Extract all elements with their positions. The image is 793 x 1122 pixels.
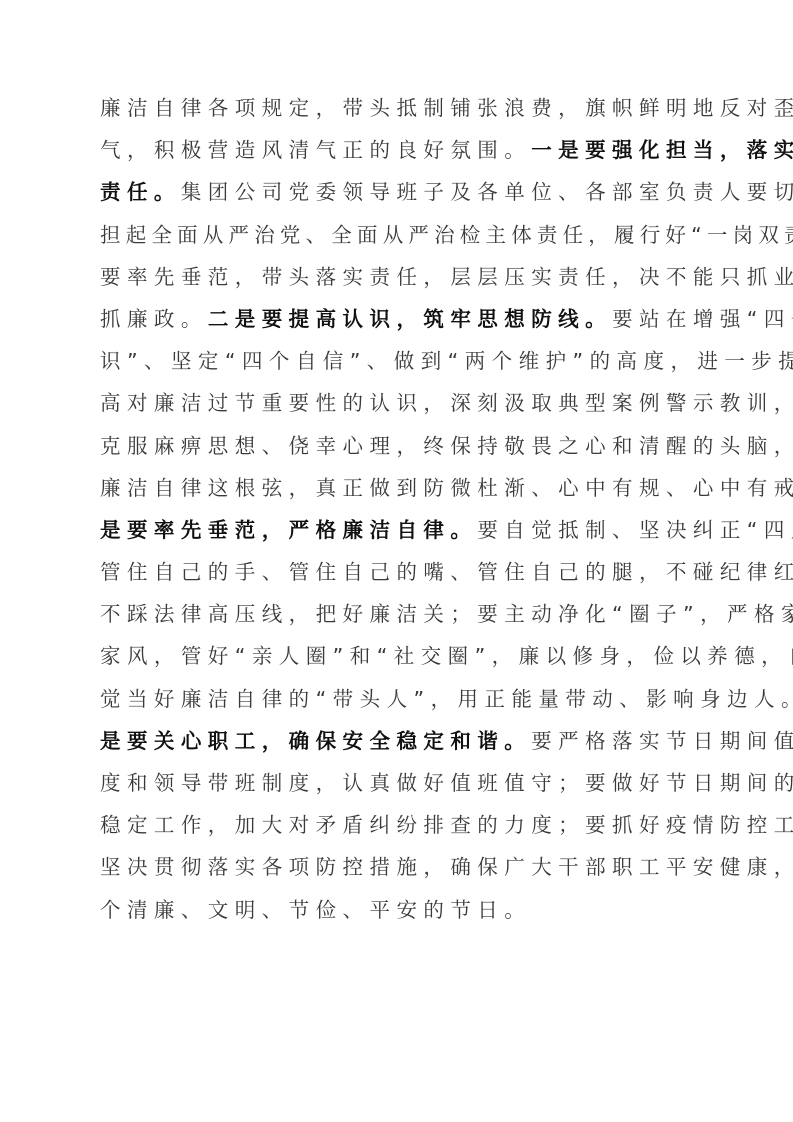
text-line: 高对廉洁过节重要性的认识，深刻汲取典型案例警示教训，坚决 — [100, 382, 700, 424]
text-line: 稳定工作，加大对矛盾纠纷排查的力度；要抓好疫情防控工作， — [100, 804, 700, 846]
text-segment: 坚决贯彻落实各项防控措施，确保广大干部职工平安健康，过一 — [100, 855, 793, 879]
text-segment: 要率先垂范，带头落实责任，层层压实责任，决不能只抓业务不 — [100, 265, 793, 289]
text-segment: 稳定工作，加大对矛盾纠纷排查的力度；要抓好疫情防控工作， — [100, 813, 793, 837]
text-line: 是要率先垂范，严格廉洁自律。要自觉抵制、坚决纠正“四风”， — [100, 509, 700, 551]
text-line: 廉洁自律各项规定，带头抵制铺张浪费，旗帜鲜明地反对歪风邪 — [100, 87, 700, 129]
bold-heading-segment: 是要关心职工，确保安全稳定和谐。 — [100, 729, 531, 753]
document-page: 廉洁自律各项规定，带头抵制铺张浪费，旗帜鲜明地反对歪风邪 气，积极营造风清气正的… — [0, 0, 793, 1122]
text-line: 责任。集团公司党委领导班子及各单位、各部室负责人要切实承 — [100, 171, 700, 213]
text-segment: 要自觉抵制、坚决纠正“四风”， — [477, 518, 793, 542]
text-line: 度和领导带班制度，认真做好值班值守；要做好节日期间的信访 — [100, 762, 700, 804]
text-segment: 个清廉、文明、节俭、平安的节日。 — [100, 898, 531, 922]
body-paragraph: 廉洁自律各项规定，带头抵制铺张浪费，旗帜鲜明地反对歪风邪 气，积极营造风清气正的… — [100, 87, 700, 931]
text-line: 廉洁自律这根弦，真正做到防微杜渐、心中有规、心中有戒。三 — [100, 467, 700, 509]
text-segment: 觉当好廉洁自律的“带头人”，用正能量带动、影响身边人。 — [100, 687, 793, 711]
text-line: 抓廉政。二是要提高认识，筑牢思想防线。要站在增强“四个意 — [100, 298, 700, 340]
text-segment: 管住自己的手、管住自己的嘴、管住自己的腿，不碰纪律红线、 — [100, 560, 793, 584]
bold-heading-segment: 一是要强化担当，落实主体 — [531, 138, 793, 162]
text-line: 觉当好廉洁自律的“带头人”，用正能量带动、影响身边人。四 — [100, 678, 700, 720]
bold-heading-segment: 二是要提高认识，筑牢思想防线。 — [208, 307, 612, 331]
text-segment: 担起全面从严治党、全面从严治检主体责任，履行好“一岗双责”。 — [100, 223, 793, 247]
text-line: 是要关心职工，确保安全稳定和谐。要严格落实节日期间值班制 — [100, 720, 700, 762]
text-segment: 度和领导带班制度，认真做好值班值守；要做好节日期间的信访 — [100, 771, 793, 795]
text-segment: 识”、坚定“四个自信”、做到“两个维护”的高度，进一步提 — [100, 349, 793, 373]
text-line: 要率先垂范，带头落实责任，层层压实责任，决不能只抓业务不 — [100, 256, 700, 298]
bold-heading-segment: 是要率先垂范，严格廉洁自律。 — [100, 518, 477, 542]
text-segment: 高对廉洁过节重要性的认识，深刻汲取典型案例警示教训，坚决 — [100, 391, 793, 415]
text-segment: 克服麻痹思想、侥幸心理，终保持敬畏之心和清醒的头脑，绷紧 — [100, 434, 793, 458]
text-segment: 集团公司党委领导班子及各单位、各部室负责人要切实承 — [181, 180, 793, 204]
text-segment: 要严格落实节日期间值班制 — [531, 729, 793, 753]
text-line: 担起全面从严治党、全面从严治检主体责任，履行好“一岗双责”。 — [100, 214, 700, 256]
text-segment: 要站在增强“四个意 — [612, 307, 793, 331]
text-line: 克服麻痹思想、侥幸心理，终保持敬畏之心和清醒的头脑，绷紧 — [100, 425, 700, 467]
bold-heading-segment: 责任。 — [100, 180, 181, 204]
text-segment: 气，积极营造风清气正的良好氛围。 — [100, 138, 531, 162]
text-segment: 不踩法律高压线，把好廉洁关；要主动净化“圈子”，严格家教 — [100, 602, 793, 626]
text-segment: 廉洁自律各项规定，带头抵制铺张浪费，旗帜鲜明地反对歪风邪 — [100, 96, 793, 120]
text-line: 识”、坚定“四个自信”、做到“两个维护”的高度，进一步提 — [100, 340, 700, 382]
text-line: 家风，管好“亲人圈”和“社交圈”，廉以修身，俭以养德，自 — [100, 635, 700, 677]
text-line: 个清廉、文明、节俭、平安的节日。 — [100, 889, 700, 931]
text-line: 气，积极营造风清气正的良好氛围。一是要强化担当，落实主体 — [100, 129, 700, 171]
text-line: 不踩法律高压线，把好廉洁关；要主动净化“圈子”，严格家教 — [100, 593, 700, 635]
text-line: 坚决贯彻落实各项防控措施，确保广大干部职工平安健康，过一 — [100, 846, 700, 888]
text-segment: 家风，管好“亲人圈”和“社交圈”，廉以修身，俭以养德，自 — [100, 644, 793, 668]
text-segment: 廉洁自律这根弦，真正做到防微杜渐、心中有规、心中有戒。 — [100, 476, 793, 500]
text-segment: 抓廉政。 — [100, 307, 208, 331]
text-line: 管住自己的手、管住自己的嘴、管住自己的腿，不碰纪律红线、 — [100, 551, 700, 593]
